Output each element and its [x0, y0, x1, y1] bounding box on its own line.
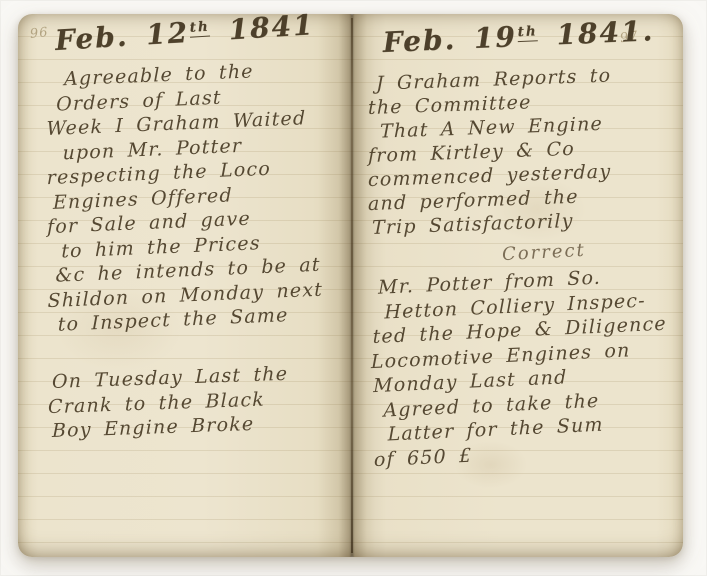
journal-entry-feb12-note: On Tuesday Last theCrank to the BlackBoy…	[52, 362, 288, 444]
open-notebook: 96 Feb. 12th 1841 Agreeable to theOrders…	[18, 14, 683, 557]
manuscript-photo: 96 Feb. 12th 1841 Agreeable to theOrders…	[0, 0, 707, 576]
journal-entry-feb19-potter: Mr. Potter from So.Hetton Colliery Inspe…	[372, 263, 668, 472]
journal-entry-feb19-report: J Graham Reports tothe CommitteeThat A N…	[368, 64, 611, 241]
heading-ordinal: th	[189, 18, 210, 37]
page-heading-right: Feb. 19th 1841.	[382, 14, 655, 59]
page-heading-left: Feb. 12th 1841	[54, 8, 315, 57]
journal-entry-feb12-main: Agreeable to theOrders of LastWeek I Gra…	[46, 56, 323, 337]
heading-date: Feb. 12	[54, 16, 190, 57]
pencil-page-number: 96	[29, 25, 49, 42]
left-page: 96 Feb. 12th 1841 Agreeable to theOrders…	[18, 14, 352, 557]
heading-ordinal: th	[517, 23, 538, 42]
annotation-correct: Correct	[502, 240, 587, 265]
heading-date: Feb. 19	[382, 20, 518, 59]
heading-year: 1841	[228, 8, 316, 46]
right-page: 97 Feb. 19th 1841. J Graham Reports toth…	[352, 14, 683, 557]
heading-year: 1841.	[556, 14, 655, 51]
